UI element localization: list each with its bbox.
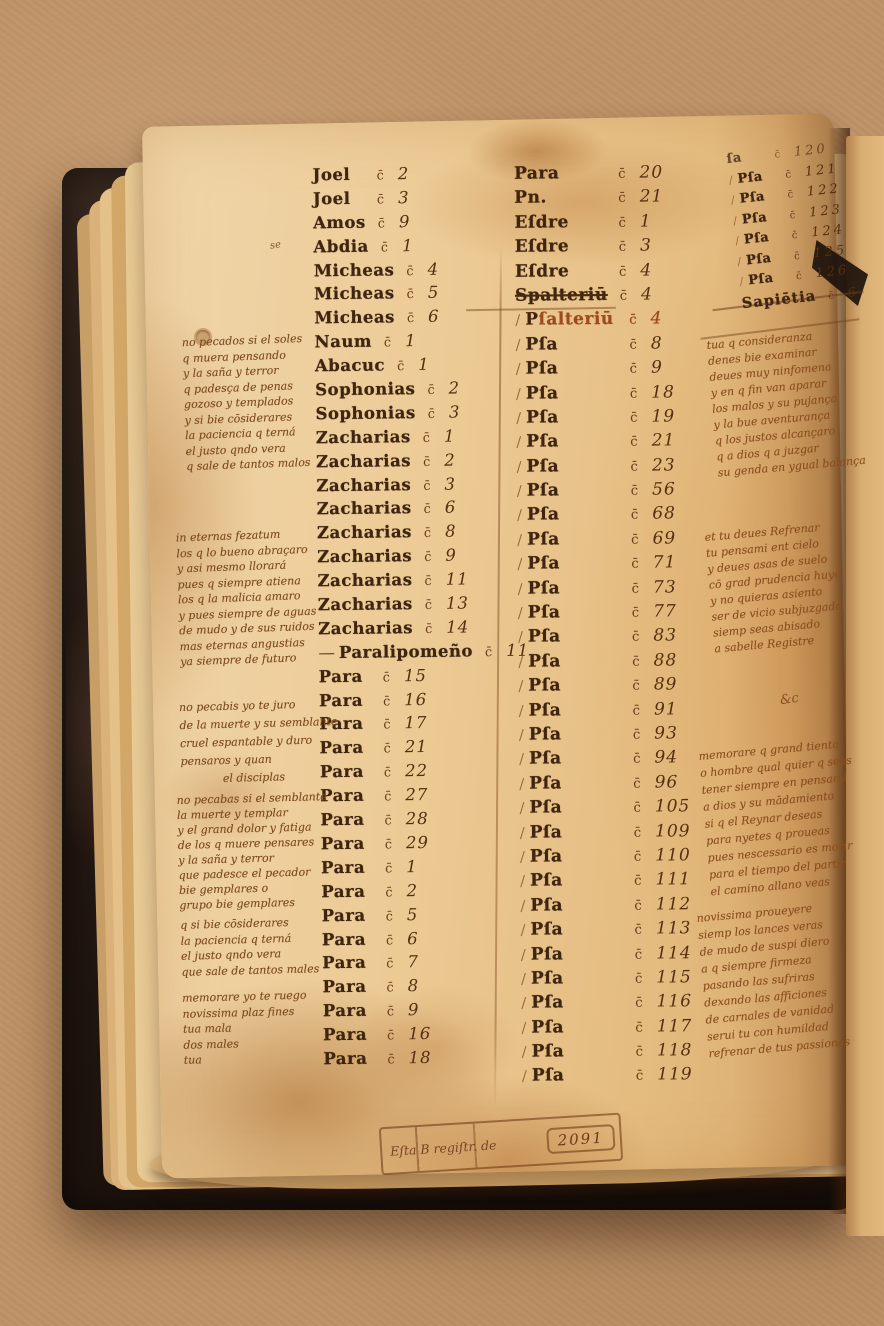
index-entry-row: ∕Pſac̄111 bbox=[520, 870, 691, 896]
book-name: Para bbox=[322, 977, 374, 997]
index-entry-row: Zachariasc̄1 bbox=[316, 426, 528, 452]
chapter-number: 22 bbox=[405, 761, 429, 780]
verse-paragraph: novissima proueyeresiemp los lances vera… bbox=[696, 898, 851, 1063]
chapter-number: 112 bbox=[656, 894, 692, 914]
chapter-number: 21 bbox=[640, 187, 670, 207]
chapter-mark: c̄ bbox=[383, 694, 390, 709]
chapter-mark: c̄ bbox=[384, 766, 391, 781]
check-mark: ∕ bbox=[520, 801, 525, 817]
check-mark: ∕ bbox=[517, 459, 522, 475]
chapter-mark: c̄ bbox=[423, 431, 430, 446]
chapter-number: 13 bbox=[446, 593, 470, 612]
index-entry-row: ∕Pſac̄83 bbox=[518, 626, 689, 652]
index-entry-row: Zachariasc̄6 bbox=[317, 497, 529, 523]
chapter-mark: c̄ bbox=[381, 240, 388, 255]
chapter-number: 71 bbox=[653, 553, 683, 573]
margin-gloss-block: in eternas fezatumlos q lo bueno abraçar… bbox=[176, 526, 319, 670]
index-entry-row: ∕Pſac̄77 bbox=[518, 601, 689, 627]
index-column-left: Joelc̄2Joelc̄3Amosc̄9Abdiac̄1Micheasc̄4M… bbox=[312, 163, 535, 1073]
chapter-mark: c̄ bbox=[387, 1052, 394, 1067]
check-mark: ∕ bbox=[517, 508, 522, 524]
chapter-mark: c̄ bbox=[423, 455, 430, 470]
chapter-mark: c̄ bbox=[485, 645, 492, 660]
chapter-mark: c̄ bbox=[629, 337, 637, 352]
book-name: Pſa bbox=[530, 846, 622, 867]
chapter-number: 69 bbox=[652, 528, 682, 548]
chapter-number: 6 bbox=[428, 307, 452, 326]
chapter-number: 2 bbox=[398, 164, 422, 183]
book-name: Pſa bbox=[743, 229, 780, 248]
chapter-mark: c̄ bbox=[632, 679, 640, 694]
check-mark: ∕ bbox=[518, 581, 523, 597]
check-mark: ∕ bbox=[516, 362, 521, 378]
book-name: Para bbox=[322, 953, 374, 973]
chapter-mark: c̄ bbox=[620, 289, 628, 304]
chapter-mark: c̄ bbox=[384, 790, 391, 805]
chapter-mark: c̄ bbox=[428, 407, 435, 422]
book-name: Pſa bbox=[528, 602, 620, 623]
chapter-mark: c̄ bbox=[424, 526, 431, 541]
index-entry-row: Abdiac̄1 bbox=[313, 234, 525, 260]
chapter-number: 123 bbox=[808, 202, 843, 220]
chapter-number: 4 bbox=[651, 309, 681, 329]
index-entry-row: ∕Pſac̄115 bbox=[521, 967, 692, 993]
index-entry-row: Parac̄8 bbox=[322, 975, 534, 1001]
chapter-number: 6 bbox=[847, 284, 860, 300]
chapter-number: 89 bbox=[654, 675, 684, 695]
book-name: Pſa bbox=[527, 529, 619, 550]
chapter-mark: c̄ bbox=[387, 1005, 394, 1020]
index-entry-row: Naumc̄1 bbox=[315, 330, 527, 356]
book-name: Micheas bbox=[314, 308, 395, 328]
chapter-number: 8 bbox=[408, 976, 432, 995]
index-entry-row: ∕Pſac̄88 bbox=[518, 650, 689, 676]
chapter-mark: c̄ bbox=[618, 191, 626, 206]
chapter-mark: c̄ bbox=[789, 210, 796, 222]
index-entry-row: ∕Pſac̄69 bbox=[517, 528, 688, 554]
index-entry-row: ∕Pſac̄73 bbox=[518, 577, 689, 603]
check-mark: ∕ bbox=[519, 752, 524, 768]
chapter-number: 21 bbox=[652, 431, 682, 451]
book-name: Eſdre bbox=[515, 261, 607, 282]
chapter-mark: c̄ bbox=[619, 240, 627, 255]
index-entry-row: ∕Pſac̄114 bbox=[521, 943, 692, 969]
book-name: Para bbox=[321, 834, 373, 854]
index-entry-row: Micheasc̄4 bbox=[314, 258, 526, 284]
chapter-mark: c̄ bbox=[385, 885, 392, 900]
index-entry-row: Zachariasc̄9 bbox=[317, 545, 529, 571]
book-name: Pſa bbox=[530, 919, 622, 940]
marginal-squiggle: se bbox=[269, 239, 281, 251]
check-mark: ∕ bbox=[520, 850, 525, 866]
index-entry-row: Joelc̄3 bbox=[313, 187, 525, 213]
chapter-number: 1 bbox=[402, 236, 426, 255]
stamp-text: Eſta B regiſtr. de bbox=[382, 1134, 547, 1159]
book-name: Sophonias bbox=[315, 379, 415, 399]
chapter-number: 1 bbox=[640, 211, 670, 231]
chapter-number: 124 bbox=[811, 222, 846, 240]
book-name: Para bbox=[323, 1049, 375, 1069]
chapter-number: 2 bbox=[449, 378, 473, 397]
chapter-number: 11 bbox=[446, 570, 470, 589]
index-entry-row: Zachariasc̄11 bbox=[317, 569, 529, 595]
index-entry-row: Eſdrec̄3 bbox=[515, 235, 686, 261]
book-name: Pſa bbox=[527, 480, 619, 501]
book-name: Para bbox=[514, 163, 606, 184]
index-entry-row: Parac̄29 bbox=[321, 832, 533, 858]
book-name: Pſa bbox=[527, 504, 619, 525]
index-entry-row: Parac̄28 bbox=[320, 808, 532, 834]
index-column-right: ſac̄120∕Pſac̄121∕Pſac̄122∕Pſac̄123∕Pſac̄… bbox=[726, 140, 860, 315]
check-mark: ∕ bbox=[520, 898, 525, 914]
chapter-number: 5 bbox=[428, 283, 452, 302]
index-entry-row: Parac̄1 bbox=[321, 856, 533, 882]
book-name: Pſa bbox=[531, 1017, 623, 1038]
chapter-mark: c̄ bbox=[631, 557, 639, 572]
index-entry-row: Zachariasc̄13 bbox=[318, 593, 530, 619]
chapter-number: 116 bbox=[656, 992, 692, 1012]
chapter-mark: c̄ bbox=[796, 271, 803, 283]
chapter-mark: c̄ bbox=[634, 825, 642, 840]
index-entry-row: Micheasc̄6 bbox=[314, 306, 526, 332]
chapter-number: 94 bbox=[654, 748, 684, 768]
chapter-mark: c̄ bbox=[385, 861, 392, 876]
chapter-mark: c̄ bbox=[636, 1069, 644, 1084]
book-name: Para bbox=[322, 929, 374, 949]
chapter-mark: c̄ bbox=[630, 386, 638, 401]
chapter-number: 16 bbox=[404, 690, 428, 709]
book-name: Pſa bbox=[530, 870, 622, 891]
chapter-mark: c̄ bbox=[632, 654, 640, 669]
chapter-mark: c̄ bbox=[630, 435, 638, 450]
chapter-mark: c̄ bbox=[631, 533, 639, 548]
book-name: Pſa bbox=[737, 168, 774, 187]
chapter-number: 83 bbox=[653, 626, 683, 646]
chapter-mark: c̄ bbox=[424, 502, 431, 517]
book-name: Zacharias bbox=[317, 523, 412, 543]
check-mark: ∕ bbox=[518, 630, 523, 646]
index-entry-row: Zachariasc̄14 bbox=[318, 617, 530, 643]
chapter-number: 9 bbox=[399, 212, 423, 231]
book-name: Micheas bbox=[314, 260, 395, 280]
chapter-mark: c̄ bbox=[383, 718, 390, 733]
index-entry-row: ∕Pſac̄19 bbox=[516, 406, 687, 432]
index-entry-row: ∕Pſac̄116 bbox=[521, 992, 692, 1018]
check-mark: ∕ bbox=[519, 703, 524, 719]
chapter-number: 119 bbox=[657, 1065, 693, 1085]
chapter-number: 2 bbox=[444, 450, 468, 469]
book-name: Eſdre bbox=[515, 236, 607, 257]
chapter-number: 15 bbox=[404, 666, 428, 685]
chapter-number: 8 bbox=[445, 522, 469, 541]
index-entry-row: Pn.c̄21 bbox=[514, 187, 685, 213]
index-entry-row: Parac̄16 bbox=[319, 688, 531, 714]
book-name: Zacharias bbox=[316, 475, 411, 495]
chapter-number: 1 bbox=[406, 857, 430, 876]
chapter-number: 3 bbox=[640, 236, 670, 256]
book-name: Amos bbox=[313, 212, 366, 232]
chapter-number: 6 bbox=[445, 498, 469, 517]
check-mark: ∕ bbox=[518, 606, 523, 622]
chapter-mark: c̄ bbox=[407, 311, 414, 326]
check-mark: ∕ bbox=[515, 337, 520, 353]
book-name: Pſa bbox=[528, 675, 620, 696]
book-name: Pſa bbox=[531, 968, 623, 989]
book-name: Para bbox=[319, 666, 371, 686]
book-name: Pſalteriū bbox=[525, 309, 617, 330]
chapter-mark: c̄ bbox=[377, 168, 384, 183]
check-mark: ∕ bbox=[730, 193, 735, 206]
chapter-number: 9 bbox=[408, 1000, 432, 1019]
chapter-number: 21 bbox=[405, 737, 429, 756]
check-mark: ∕ bbox=[733, 214, 738, 227]
index-entry-row: Abacucc̄1 bbox=[315, 354, 527, 380]
book-name: Pſa bbox=[531, 1041, 623, 1062]
chapter-mark: c̄ bbox=[407, 288, 414, 303]
check-mark: ∕ bbox=[739, 275, 744, 288]
book-name: Pſa bbox=[526, 407, 618, 428]
book-name: Sophonias bbox=[315, 403, 415, 423]
book-name: Pſa bbox=[530, 821, 622, 842]
index-entry-row: Parac̄18 bbox=[323, 1047, 535, 1073]
margin-gloss-block: no pecabas si el semblantela muerte y te… bbox=[176, 789, 329, 913]
chapter-number: 14 bbox=[446, 617, 470, 636]
book-name: Pſa bbox=[532, 1065, 624, 1086]
check-mark: ∕ bbox=[518, 679, 523, 695]
chapter-mark: c̄ bbox=[630, 411, 638, 426]
chapter-number: 6 bbox=[407, 928, 431, 947]
chapter-mark: c̄ bbox=[631, 484, 639, 499]
chapter-mark: c̄ bbox=[633, 801, 641, 816]
chapter-number: 20 bbox=[639, 162, 669, 182]
book-name: Pſa bbox=[739, 188, 776, 207]
book-name: Pſa bbox=[741, 208, 778, 227]
stamp-number: 2091 bbox=[546, 1124, 616, 1154]
book-name: Pſa bbox=[529, 724, 621, 745]
book-name: Zacharias bbox=[318, 594, 413, 614]
chapter-mark: c̄ bbox=[406, 264, 413, 279]
chapter-mark: c̄ bbox=[635, 1020, 643, 1035]
book-name: Pſa bbox=[528, 626, 620, 647]
chapter-mark: c̄ bbox=[427, 383, 434, 398]
index-entry-row: ∕Pſac̄56 bbox=[517, 479, 688, 505]
chapter-mark: c̄ bbox=[635, 996, 643, 1011]
book-name: Para bbox=[323, 1025, 375, 1045]
chapter-mark: c̄ bbox=[423, 478, 430, 493]
manuscript-photo: se Joelc̄2Joelc̄3Amosc̄9Abdiac̄1Micheasc… bbox=[0, 0, 884, 1326]
check-mark: ∕ bbox=[515, 313, 520, 329]
index-entry-row: ∕Pſac̄119 bbox=[522, 1065, 693, 1091]
chapter-number: 19 bbox=[651, 406, 681, 426]
chapter-mark: c̄ bbox=[634, 923, 642, 938]
chapter-mark: c̄ bbox=[633, 752, 641, 767]
book-name: Pſa bbox=[529, 699, 621, 720]
chapter-number: 29 bbox=[406, 833, 430, 852]
chapter-mark: c̄ bbox=[631, 508, 639, 523]
check-mark: ∕ bbox=[520, 825, 525, 841]
etcetera-flourish: &c bbox=[779, 691, 800, 708]
verse-paragraph: et tu deues Refrenartu pensami ent cielo… bbox=[704, 518, 847, 657]
book-name: ſa bbox=[726, 148, 763, 167]
book-name: Para bbox=[323, 1001, 375, 1021]
chapter-mark: c̄ bbox=[377, 192, 384, 207]
index-entry-row: ∕Pſac̄117 bbox=[521, 1016, 692, 1042]
book-name: Zacharias bbox=[316, 427, 411, 447]
index-entry-row: Zachariasc̄8 bbox=[317, 521, 529, 547]
index-entry-row: ∕Pſac̄8 bbox=[515, 333, 686, 359]
chapter-number: 93 bbox=[654, 723, 684, 743]
book-name: Pſa bbox=[748, 270, 785, 289]
chapter-mark: c̄ bbox=[386, 981, 393, 996]
check-mark: ∕ bbox=[728, 173, 733, 186]
chapter-number: 122 bbox=[806, 181, 841, 199]
chapter-mark: c̄ bbox=[632, 630, 640, 645]
book-name: Paralipomeño bbox=[339, 641, 473, 662]
index-entry-row: Micheasc̄5 bbox=[314, 282, 526, 308]
chapter-number: 5 bbox=[407, 905, 431, 924]
chapter-mark: c̄ bbox=[386, 909, 393, 924]
index-entry-row: ∕Pſac̄89 bbox=[518, 674, 689, 700]
chapter-mark: c̄ bbox=[630, 459, 638, 474]
chapter-mark: c̄ bbox=[425, 622, 432, 637]
index-entry-row: —Paralipomeñoc̄11 bbox=[318, 641, 530, 667]
index-entry-row: ∕Pſac̄18 bbox=[516, 382, 687, 408]
index-entry-row: Spalteriūc̄4 bbox=[515, 284, 686, 310]
margin-gloss-block: no pecabis yo te jurode la muerte y su s… bbox=[179, 695, 339, 789]
verse-paragraph: memorare q grand tientoo hombre qual qui… bbox=[698, 735, 863, 901]
book-name: Pſa bbox=[745, 249, 782, 268]
book-name: Pſa bbox=[527, 577, 619, 598]
verse-paragraph: tua q consideranzadenes bie examinardeue… bbox=[706, 325, 866, 481]
chapter-mark: c̄ bbox=[387, 1028, 394, 1043]
chapter-mark: c̄ bbox=[384, 742, 391, 757]
chapter-number: 113 bbox=[656, 918, 692, 938]
chapter-number: 109 bbox=[655, 821, 691, 841]
chapter-number: 4 bbox=[640, 260, 670, 280]
book-name: Para bbox=[320, 810, 372, 830]
index-entry-row: ∕Pſac̄113 bbox=[521, 918, 692, 944]
chapter-number: 28 bbox=[406, 809, 430, 828]
check-mark: ∕ bbox=[516, 411, 521, 427]
chapter-mark: c̄ bbox=[793, 250, 800, 262]
chapter-number: 56 bbox=[652, 479, 682, 499]
chapter-number: 115 bbox=[656, 967, 692, 987]
book-name: Pſa bbox=[528, 651, 620, 672]
book-name: Zacharias bbox=[316, 451, 411, 471]
book-name: Pſa bbox=[530, 895, 622, 916]
index-entry-row: ∕Pſac̄105 bbox=[519, 796, 690, 822]
chapter-number: 2 bbox=[406, 881, 430, 900]
check-mark: ∕ bbox=[519, 776, 524, 792]
check-mark: ∕ bbox=[521, 947, 526, 963]
check-mark: ∕ bbox=[516, 386, 521, 402]
chapter-mark: c̄ bbox=[424, 550, 431, 565]
chapter-mark: c̄ bbox=[618, 167, 626, 182]
index-entry-row: Sophoniasc̄2 bbox=[315, 378, 527, 404]
chapter-number: 3 bbox=[449, 402, 473, 421]
chapter-mark: c̄ bbox=[386, 933, 393, 948]
index-entry-row: ∕Pſalteriūc̄4 bbox=[515, 309, 686, 335]
chapter-mark: c̄ bbox=[630, 362, 638, 377]
index-entry-row: ∕Pſac̄109 bbox=[520, 821, 691, 847]
book-name: Zacharias bbox=[317, 546, 412, 566]
check-mark: ∕ bbox=[520, 874, 525, 890]
index-entry-row: ∕Pſac̄21 bbox=[516, 431, 687, 457]
chapter-mark: c̄ bbox=[619, 264, 627, 279]
index-entry-row: ∕Pſac̄110 bbox=[520, 845, 691, 871]
book-name: Pſa bbox=[527, 553, 619, 574]
chapter-number: 1 bbox=[444, 426, 468, 445]
index-entry-row: Sophoniasc̄3 bbox=[315, 402, 527, 428]
chapter-mark: c̄ bbox=[425, 598, 432, 613]
index-entry-row: Parac̄20 bbox=[514, 162, 685, 188]
check-mark: ∕ bbox=[519, 728, 524, 744]
chapter-mark: c̄ bbox=[636, 1045, 644, 1060]
chapter-mark: c̄ bbox=[384, 336, 391, 351]
index-entry-row: Eſdrec̄4 bbox=[515, 260, 686, 286]
book-name: Joel bbox=[312, 165, 364, 185]
book-name: Abacuc bbox=[315, 356, 385, 376]
chapter-number: 68 bbox=[652, 504, 682, 524]
chapter-number: 110 bbox=[655, 845, 691, 865]
chapter-number: 17 bbox=[404, 713, 428, 732]
chapter-mark: c̄ bbox=[634, 850, 642, 865]
book-name: Pſa bbox=[526, 431, 618, 452]
check-mark: ∕ bbox=[516, 435, 521, 451]
book-name: Zacharias bbox=[318, 618, 413, 638]
chapter-mark: c̄ bbox=[424, 574, 431, 589]
book-name: Pn. bbox=[514, 187, 606, 208]
index-entry-row: Zachariasc̄3 bbox=[316, 473, 528, 499]
book-name: Pſa bbox=[531, 943, 623, 964]
chapter-mark: c̄ bbox=[774, 149, 781, 161]
book-name: Pſa bbox=[529, 797, 621, 818]
index-entry-row: ∕Pſac̄9 bbox=[516, 357, 687, 383]
index-entry-row: ∕Pſac̄118 bbox=[522, 1040, 693, 1066]
margin-gloss-block: q si bie cōsideraresla paciencia q terná… bbox=[180, 914, 322, 1068]
book-name: Naum bbox=[315, 332, 372, 352]
chapter-mark: c̄ bbox=[383, 670, 390, 685]
chapter-number: 120 bbox=[793, 141, 828, 159]
index-entry-row: ∕Pſac̄96 bbox=[519, 772, 690, 798]
chapter-mark: c̄ bbox=[785, 169, 792, 181]
check-mark: ∕ bbox=[517, 484, 522, 500]
check-mark: ∕ bbox=[521, 972, 526, 988]
index-entry-row: Parac̄27 bbox=[320, 784, 532, 810]
chapter-mark: c̄ bbox=[791, 230, 798, 242]
chapter-number: 121 bbox=[804, 161, 839, 179]
check-mark: ∕ bbox=[737, 255, 742, 268]
index-entry-row: ∕Pſac̄93 bbox=[519, 723, 690, 749]
chapter-mark: c̄ bbox=[384, 813, 391, 828]
index-entry-row: Parac̄17 bbox=[319, 712, 531, 738]
chapter-number: 8 bbox=[651, 333, 681, 353]
book-name: Zacharias bbox=[317, 499, 412, 519]
index-entry-row: Parac̄16 bbox=[323, 1023, 535, 1049]
margin-gloss-block: no pecados si el solesq muera pensandoy … bbox=[182, 331, 311, 475]
index-entry-row: Parac̄2 bbox=[321, 879, 533, 905]
check-mark: ∕ bbox=[521, 1020, 526, 1036]
chapter-mark: c̄ bbox=[386, 957, 393, 972]
index-entry-row: Parac̄5 bbox=[322, 903, 534, 929]
book-name: Micheas bbox=[314, 284, 395, 304]
chapter-number: 23 bbox=[652, 455, 682, 475]
chapter-number: 3 bbox=[398, 188, 422, 207]
book-name: Pſa bbox=[526, 382, 618, 403]
check-mark: ∕ bbox=[735, 234, 740, 247]
chapter-mark: c̄ bbox=[635, 972, 643, 987]
chapter-number: 9 bbox=[651, 357, 681, 377]
